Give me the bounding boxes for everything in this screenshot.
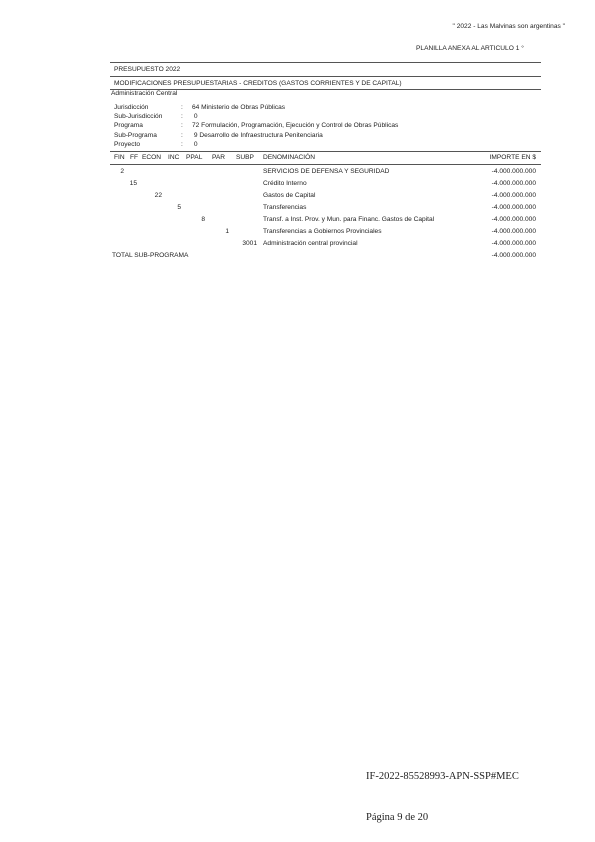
- info-value: 72 Formulación, Programación, Ejecución …: [192, 122, 398, 129]
- column-header: DENOMINACIÓN: [263, 154, 315, 161]
- divider: [110, 151, 541, 152]
- total-amount: -4.000.000.000: [492, 252, 536, 259]
- row-denominacion: SERVICIOS DE DEFENSA Y SEGURIDAD: [263, 168, 389, 175]
- row-code: 22: [155, 192, 162, 199]
- row-denominacion: Transferencias a Gobiernos Provinciales: [263, 228, 382, 235]
- column-header: PPAL: [186, 154, 202, 161]
- column-header: FF: [130, 154, 138, 161]
- document-title: PRESUPUESTO 2022: [114, 66, 180, 73]
- row-importe: -4.000.000.000: [492, 168, 536, 175]
- row-code: 3001: [242, 240, 257, 247]
- row-importe: -4.000.000.000: [492, 240, 536, 247]
- divider: [110, 164, 541, 165]
- column-header: ECON: [142, 154, 161, 161]
- info-label: Jurisdicción: [114, 104, 148, 111]
- divider: [110, 76, 541, 77]
- info-value: 64 Ministerio de Obras Públicas: [192, 104, 285, 111]
- column-header: PAR: [212, 154, 225, 161]
- row-denominacion: Crédito Interno: [263, 180, 307, 187]
- annex-label: PLANILLA ANEXA AL ARTICULO 1 °: [416, 45, 524, 52]
- info-label: Sub-Jurisdicción: [114, 113, 162, 120]
- info-separator: :: [181, 122, 183, 129]
- info-separator: :: [181, 132, 183, 139]
- row-code: 5: [177, 204, 181, 211]
- row-importe: -4.000.000.000: [492, 216, 536, 223]
- row-code: 8: [201, 216, 205, 223]
- divider: [110, 62, 541, 63]
- row-denominacion: Transf. a Inst. Prov. y Mun. para Financ…: [263, 216, 434, 223]
- info-separator: :: [181, 104, 183, 111]
- column-header: FIN: [114, 154, 125, 161]
- row-denominacion: Administración central provincial: [263, 240, 358, 247]
- column-header: IMPORTE EN $: [490, 154, 536, 161]
- info-label: Proyecto: [114, 141, 140, 148]
- column-header: SUBP: [236, 154, 254, 161]
- document-subtitle: MODIFICACIONES PRESUPUESTARIAS - CREDITO…: [114, 80, 402, 87]
- column-header: INC: [168, 154, 179, 161]
- motto-header: " 2022 - Las Malvinas son argentinas ": [453, 23, 565, 30]
- row-importe: -4.000.000.000: [492, 180, 536, 187]
- row-code: 15: [130, 180, 137, 187]
- section-label: Administración Central: [111, 90, 177, 97]
- row-importe: -4.000.000.000: [492, 204, 536, 211]
- row-importe: -4.000.000.000: [492, 192, 536, 199]
- row-code: 1: [225, 228, 229, 235]
- info-value: 0: [192, 113, 198, 120]
- page-number: Página 9 de 20: [366, 812, 428, 823]
- row-code: 2: [120, 168, 124, 175]
- info-label: Programa: [114, 122, 143, 129]
- info-value: 9 Desarrollo de Infraestructura Penitenc…: [192, 132, 323, 139]
- info-separator: :: [181, 113, 183, 120]
- info-label: Sub-Programa: [114, 132, 157, 139]
- info-value: 0: [192, 141, 198, 148]
- row-denominacion: Gastos de Capital: [263, 192, 315, 199]
- row-importe: -4.000.000.000: [492, 228, 536, 235]
- document-id: IF-2022-85528993-APN-SSP#MEC: [366, 771, 519, 782]
- info-separator: :: [181, 141, 183, 148]
- row-denominacion: Transferencias: [263, 204, 306, 211]
- total-label: TOTAL SUB-PROGRAMA: [112, 252, 188, 259]
